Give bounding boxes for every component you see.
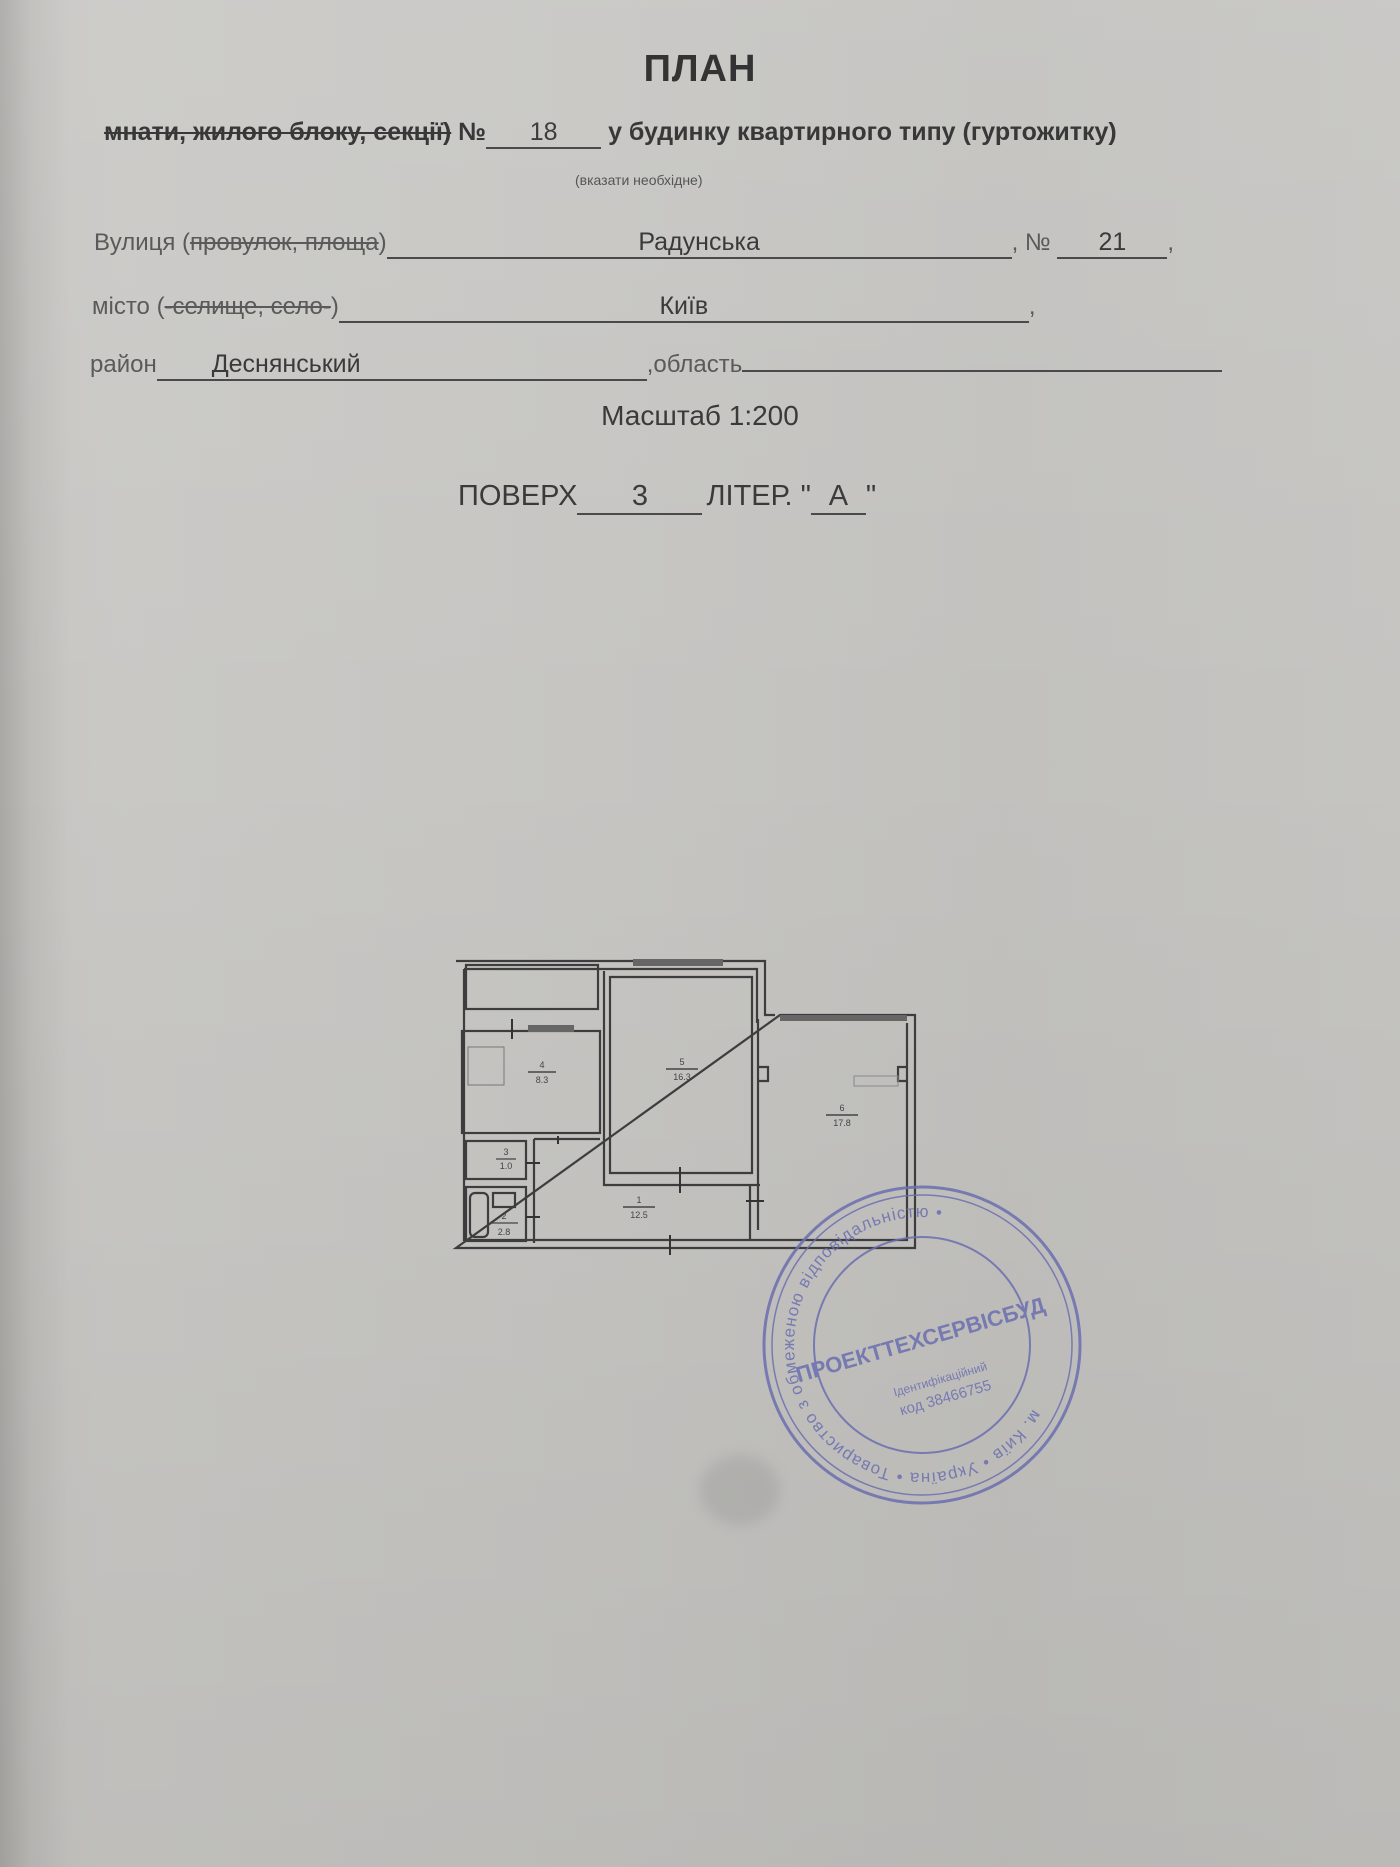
svg-text:12.5: 12.5 (630, 1210, 648, 1220)
apartment-suffix: у будинку квартирного типу (гуртожитку) (608, 118, 1117, 146)
liter-value: А (811, 480, 866, 515)
scale-text: Масштаб 1:200 (0, 400, 1400, 432)
sink-icon (493, 1193, 515, 1207)
apartment-line: мнати, жилого блоку, секції) №18 у будин… (104, 118, 1117, 149)
floor-label: ПОВЕРХ (458, 480, 577, 512)
street-value: Радунська (387, 228, 1012, 259)
svg-text:3: 3 (503, 1147, 508, 1157)
balcony (466, 965, 598, 1009)
radiator (854, 1076, 898, 1086)
house-label: , № (1012, 229, 1051, 256)
room-1-outline (534, 1139, 600, 1243)
region-label: ,область (647, 351, 743, 378)
svg-text:17.8: 17.8 (833, 1118, 851, 1128)
room-3-outline (466, 1141, 526, 1179)
window-kitchen (528, 1025, 574, 1032)
svg-text:5: 5 (679, 1057, 684, 1067)
stamp-company-name: ПРОЕКТТЕХСЕРВІСБУД (793, 1292, 1048, 1387)
liter-label: ЛІТЕР. (706, 480, 792, 512)
apartment-number: 18 (486, 118, 601, 149)
paper-shading (0, 0, 1400, 1867)
district-label: район (90, 351, 157, 378)
district-value: Деснянський (157, 350, 647, 381)
street-row: Вулиця (провулок, площа)Радунська, № 21, (94, 228, 1174, 259)
svg-text:4: 4 (539, 1060, 544, 1070)
smudge-mark (700, 1455, 780, 1525)
street-label: Вулиця (провулок, площа) (94, 229, 387, 256)
city-row: місто (-селище, село-)Київ, (92, 292, 1036, 323)
document-title: ПЛАН (0, 48, 1400, 91)
svg-text:8.3: 8.3 (536, 1075, 549, 1085)
svg-text:1.0: 1.0 (500, 1161, 513, 1171)
hint-text: (вказати необхідне) (575, 172, 703, 188)
floor-row: ПОВЕРХ3ЛІТЕР. "А" (458, 480, 876, 515)
number-label: № (458, 118, 486, 146)
window-living (780, 1015, 907, 1021)
house-value: 21 (1057, 228, 1167, 259)
city-label: місто (-селище, село-) (92, 293, 339, 320)
window-bedroom (633, 959, 723, 966)
stove-icon (468, 1047, 504, 1085)
svg-text:16.3: 16.3 (673, 1072, 691, 1082)
district-row: районДеснянський,область (90, 350, 1222, 381)
city-value: Київ (339, 292, 1029, 323)
struck-prefix: мнати, жилого блоку, секції) (104, 118, 451, 146)
svg-text:1: 1 (636, 1195, 641, 1205)
svg-text:6: 6 (839, 1103, 844, 1113)
company-stamp: м. Київ • Україна • Товариство з обмежен… (752, 1175, 1092, 1515)
svg-text:2: 2 (501, 1211, 506, 1221)
floor-value: 3 (577, 480, 702, 515)
svg-text:2.8: 2.8 (498, 1227, 511, 1237)
room-2-outline (466, 1187, 526, 1241)
region-value (742, 370, 1222, 372)
room-4-outline (462, 1031, 600, 1133)
